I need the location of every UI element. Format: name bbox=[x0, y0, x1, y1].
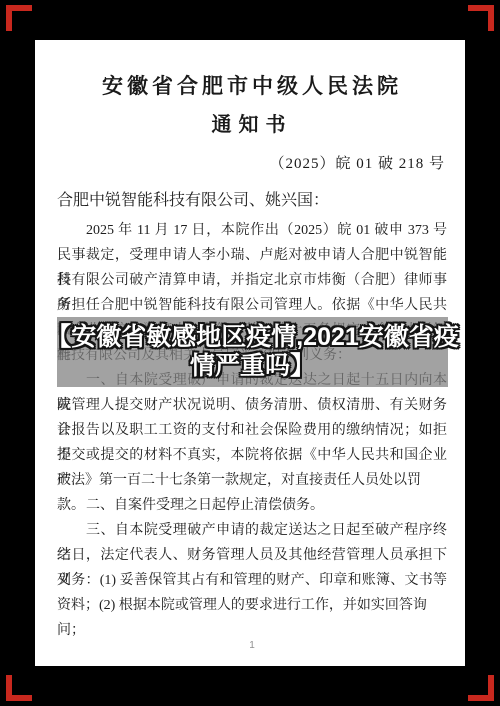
document-header: 安徽省合肥市中级人民法院 通知书 （2025）皖 01 破 218 号 bbox=[57, 72, 447, 173]
body-line: 提交或提交的材料不真实，本院将依据《中华人民共和国企业破 bbox=[57, 443, 447, 468]
watermark-line-1: 【安徽省敏感地区疫情,2021安徽省疫 bbox=[46, 323, 459, 352]
body-line: 2025 年 11 月 17 日，本院作出（2025）皖 01 破申 373 号 bbox=[57, 218, 447, 243]
corner-bracket-bottom-left-icon bbox=[6, 675, 32, 701]
body-line: 二、自案件受理之日起停止清偿债务。 bbox=[57, 493, 447, 518]
frame-bar-left bbox=[0, 0, 35, 706]
watermark-text: 【安徽省敏感地区疫情,2021安徽省疫 情严重吗】 bbox=[57, 317, 448, 387]
corner-bracket-top-right-icon bbox=[468, 5, 494, 31]
corner-bracket-top-left-icon bbox=[6, 5, 32, 31]
court-name: 安徽省合肥市中级人民法院 bbox=[57, 72, 447, 100]
document-type: 通知书 bbox=[57, 112, 447, 138]
body-line: 民事裁定，受理申请人李小瑞、卢彪对被申请人合肥中锐智能科 bbox=[57, 243, 447, 268]
body-line: 技有限公司破产清算申请，并指定北京市炜衡（合肥）律师事务 bbox=[57, 268, 447, 293]
body-line: 资料；(2) 根据本院或管理人的要求进行工作，并如实回答询问； bbox=[57, 593, 447, 618]
frame-bar-bottom bbox=[0, 666, 500, 706]
addressee-line: 合肥中锐智能科技有限公司、姚兴国： bbox=[57, 191, 447, 218]
page-number: 1 bbox=[57, 640, 447, 651]
screenshot-canvas: 安徽省合肥市中级人民法院 通知书 （2025）皖 01 破 218 号 合肥中锐… bbox=[0, 0, 500, 706]
body-line: 或管理人提交财产状况说明、债务清册、债权清册、有关财务会 bbox=[57, 393, 447, 418]
watermark-line-2: 情严重吗】 bbox=[190, 352, 315, 381]
document-body: 合肥中锐智能科技有限公司、姚兴国： 2025 年 11 月 17 日，本院作出（… bbox=[57, 191, 447, 618]
case-number: （2025）皖 01 破 218 号 bbox=[57, 152, 447, 173]
frame-bar-top bbox=[0, 0, 500, 40]
body-line: 三、自本院受理破产申请的裁定送达之日起至破产程序终结 bbox=[57, 518, 447, 543]
body-line: 所担任合肥中锐智能科技有限公司管理人。依据《中华人民共和 bbox=[57, 293, 447, 318]
frame-bar-right bbox=[465, 0, 500, 706]
body-line: 计报告以及职工工资的支付和社会保险费用的缴纳情况；如拒不 bbox=[57, 418, 447, 443]
body-line: 产法》第一百二十七条第一款规定，对直接责任人员处以罚款。 bbox=[57, 468, 447, 493]
corner-bracket-bottom-right-icon bbox=[468, 675, 494, 701]
body-line: 义务：(1) 妥善保管其占有和管理的财产、印章和账簿、文书等 bbox=[57, 568, 447, 593]
body-line: 之日，法定代表人、财务管理人员及其他经营管理人员承担下列 bbox=[57, 543, 447, 568]
watermark-band: 【安徽省敏感地区疫情,2021安徽省疫 情严重吗】 bbox=[57, 317, 448, 387]
